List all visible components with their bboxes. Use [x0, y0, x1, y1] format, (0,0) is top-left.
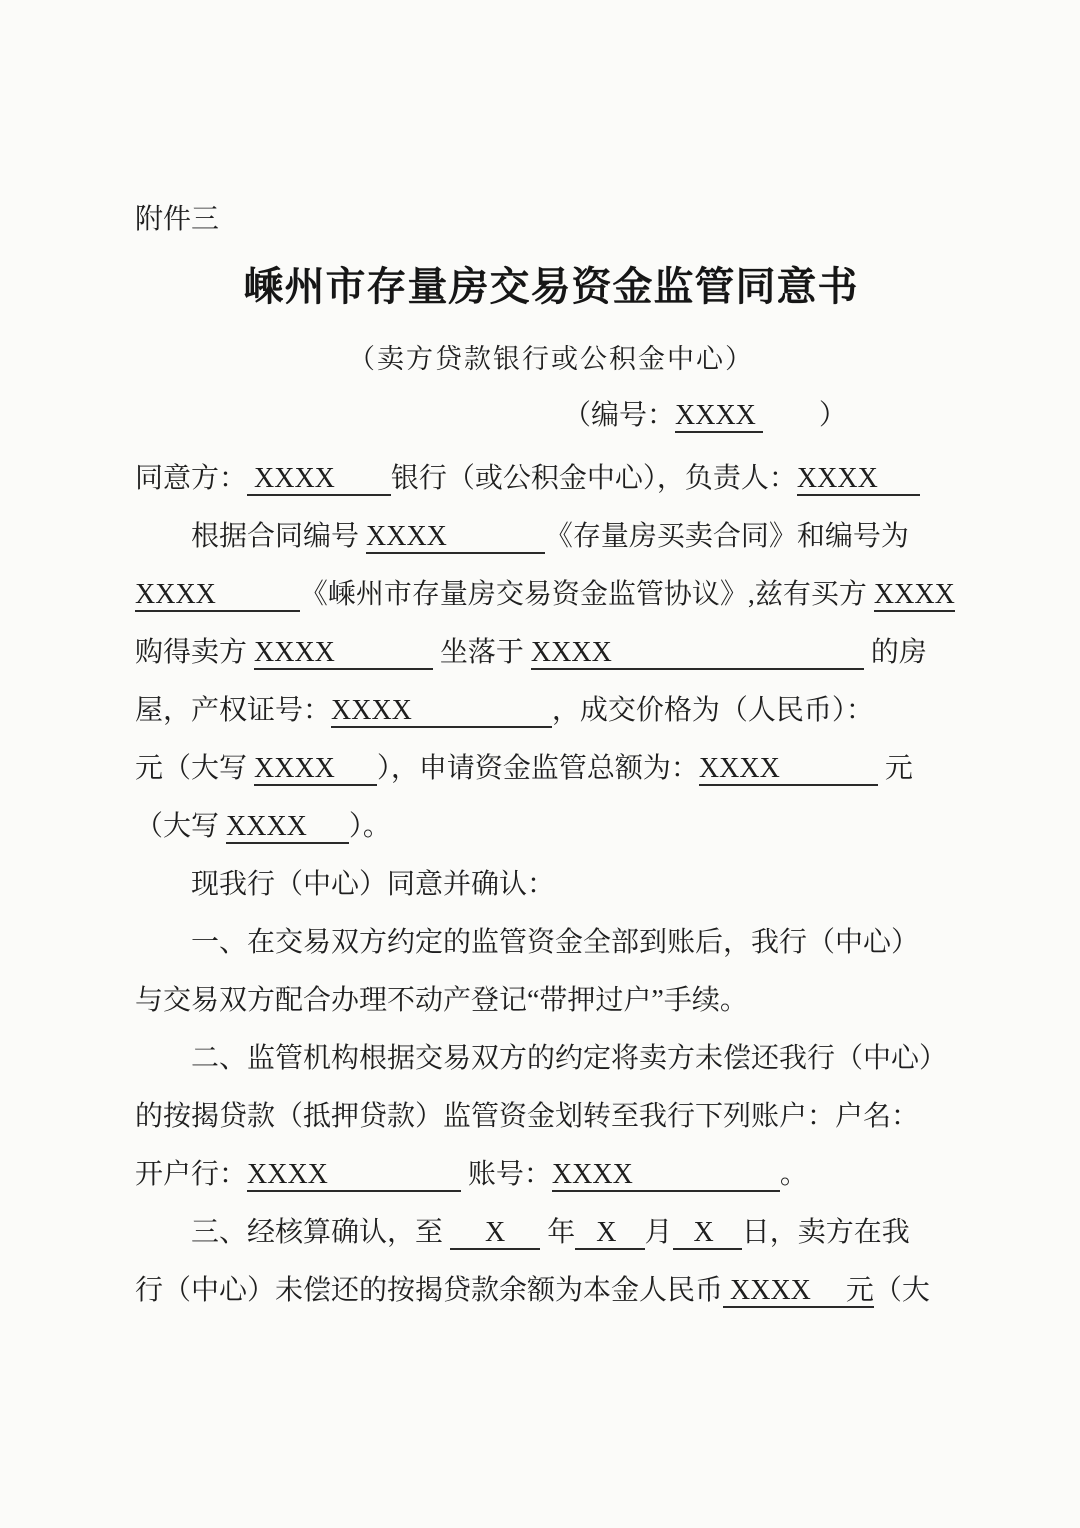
document-title: 嵊州市存量房交易资金监管同意书	[135, 260, 967, 314]
text-run: 的按揭贷款（抵押贷款）监管资金划转至我行下列账户：户名：	[135, 1101, 919, 1132]
blank-field: XXXX	[874, 579, 955, 612]
blank-field: XXXX	[226, 811, 349, 844]
text-run: 同意方：	[135, 463, 247, 494]
text-run: 一、在交易双方约定的监管资金全部到账后，我行（中心）	[191, 927, 919, 958]
document-subtitle: （卖方贷款银行或公积金中心）	[135, 340, 967, 378]
text-run: 日，卖方在我	[742, 1217, 910, 1248]
document-body: 同意方： XXXX 银行（或公积金中心），负责人：XXXX 根据合同编号 XXX…	[135, 450, 967, 1320]
text-run: 购得卖方	[135, 637, 254, 668]
blank-field: XXXX	[531, 637, 864, 670]
blank-field: XXXX	[797, 463, 920, 496]
text-run: 。	[780, 1159, 808, 1190]
text-run: 开户行：	[135, 1159, 247, 1190]
blank-field: X	[575, 1217, 644, 1250]
property-cert-line: 屋，产权证号：XXXX ，成交价格为（人民币）：	[135, 682, 967, 740]
blank-field: X	[673, 1217, 742, 1250]
blank-field: XXXX	[247, 463, 391, 496]
clause-1-line-2: 与交易双方配合办理不动产登记“带押过户”手续。	[135, 972, 967, 1030]
blank-field: XXXX	[254, 753, 377, 786]
blank-field: X	[450, 1217, 540, 1250]
blank-field: XXXX	[254, 637, 433, 670]
text-run: ），申请资金监管总额为：	[377, 753, 699, 784]
text-run: ，成交价格为（人民币）：	[552, 695, 874, 726]
text-run: 元	[878, 753, 913, 784]
text-run: 《存量房买卖合同》和编号为	[545, 521, 909, 552]
attachment-label: 附件三	[135, 202, 967, 238]
blank-field: XXXX	[699, 753, 878, 786]
text-run: 银行（或公积金中心），负责人：	[391, 463, 797, 494]
clause-2-line-2: 的按揭贷款（抵押贷款）监管资金划转至我行下列账户：户名：	[135, 1088, 967, 1146]
consenting-party-line: 同意方： XXXX 银行（或公积金中心），负责人：XXXX	[135, 450, 967, 508]
serial-suffix: ）	[763, 400, 847, 431]
account-line: 开户行：XXXX 账号：XXXX 。	[135, 1146, 967, 1204]
purchase-location-line: 购得卖方 XXXX 坐落于 XXXX 的房	[135, 624, 967, 682]
blank-field: XXXX	[552, 1159, 780, 1192]
blank-field: XXXX	[331, 695, 552, 728]
agreement-number-line: XXXX 《嵊州市存量房交易资金监管协议》,兹有买方 XXXX	[135, 566, 967, 624]
text-run: 二、监管机构根据交易双方的约定将卖方未偿还我行（中心）	[191, 1043, 947, 1074]
total-caps-line: （大写 XXXX ）。	[135, 798, 967, 856]
price-and-total-line: 元（大写 XXXX ），申请资金监管总额为：XXXX 元	[135, 740, 967, 798]
text-run: 屋，产权证号：	[135, 695, 331, 726]
text-run: 账号：	[461, 1159, 552, 1190]
text-run: 元（大写	[135, 753, 254, 784]
text-run: （大	[874, 1275, 930, 1306]
serial-prefix: （编号：	[563, 400, 675, 431]
text-run: 与交易双方配合办理不动产登记“带押过户”手续。	[135, 985, 748, 1016]
text-run: 年	[540, 1217, 575, 1248]
confirmation-intro-line: 现我行（中心）同意并确认：	[135, 856, 967, 914]
clause-3-line-1: 三、经核算确认，至 X 年 X 月 X 日，卖方在我	[135, 1204, 967, 1262]
text-run: 行（中心）未偿还的按揭贷款余额为本金人民币	[135, 1275, 723, 1306]
clause-1-line-1: 一、在交易双方约定的监管资金全部到账后，我行（中心）	[135, 914, 967, 972]
serial-number-blank: XXXX	[675, 400, 763, 433]
document-content: 附件三 嵊州市存量房交易资金监管同意书 （卖方贷款银行或公积金中心） （编号：X…	[135, 202, 967, 1320]
text-run: 月	[645, 1217, 673, 1248]
blank-field: XXXX 元	[723, 1275, 874, 1308]
blank-field: XXXX	[135, 579, 300, 612]
text-run: 根据合同编号	[191, 521, 366, 552]
blank-field: XXXX	[247, 1159, 461, 1192]
text-run: 《嵊州市存量房交易资金监管协议》,兹有买方	[300, 579, 874, 610]
text-run: （大写	[135, 811, 226, 842]
text-run: 的房	[864, 637, 927, 668]
serial-number-line: （编号：XXXX ）	[135, 396, 967, 436]
scanned-document-page: 附件三 嵊州市存量房交易资金监管同意书 （卖方贷款银行或公积金中心） （编号：X…	[0, 0, 1080, 1528]
clause-2-line-1: 二、监管机构根据交易双方的约定将卖方未偿还我行（中心）	[135, 1030, 967, 1088]
contract-number-line: 根据合同编号 XXXX 《存量房买卖合同》和编号为	[135, 508, 967, 566]
text-run: 坐落于	[433, 637, 531, 668]
text-run: ）。	[349, 811, 391, 842]
text-run: 三、经核算确认，至	[191, 1217, 450, 1248]
text-run: 现我行（中心）同意并确认：	[191, 869, 555, 900]
blank-field: XXXX	[366, 521, 545, 554]
clause-3-line-2: 行（中心）未偿还的按揭贷款余额为本金人民币 XXXX 元（大	[135, 1262, 967, 1320]
